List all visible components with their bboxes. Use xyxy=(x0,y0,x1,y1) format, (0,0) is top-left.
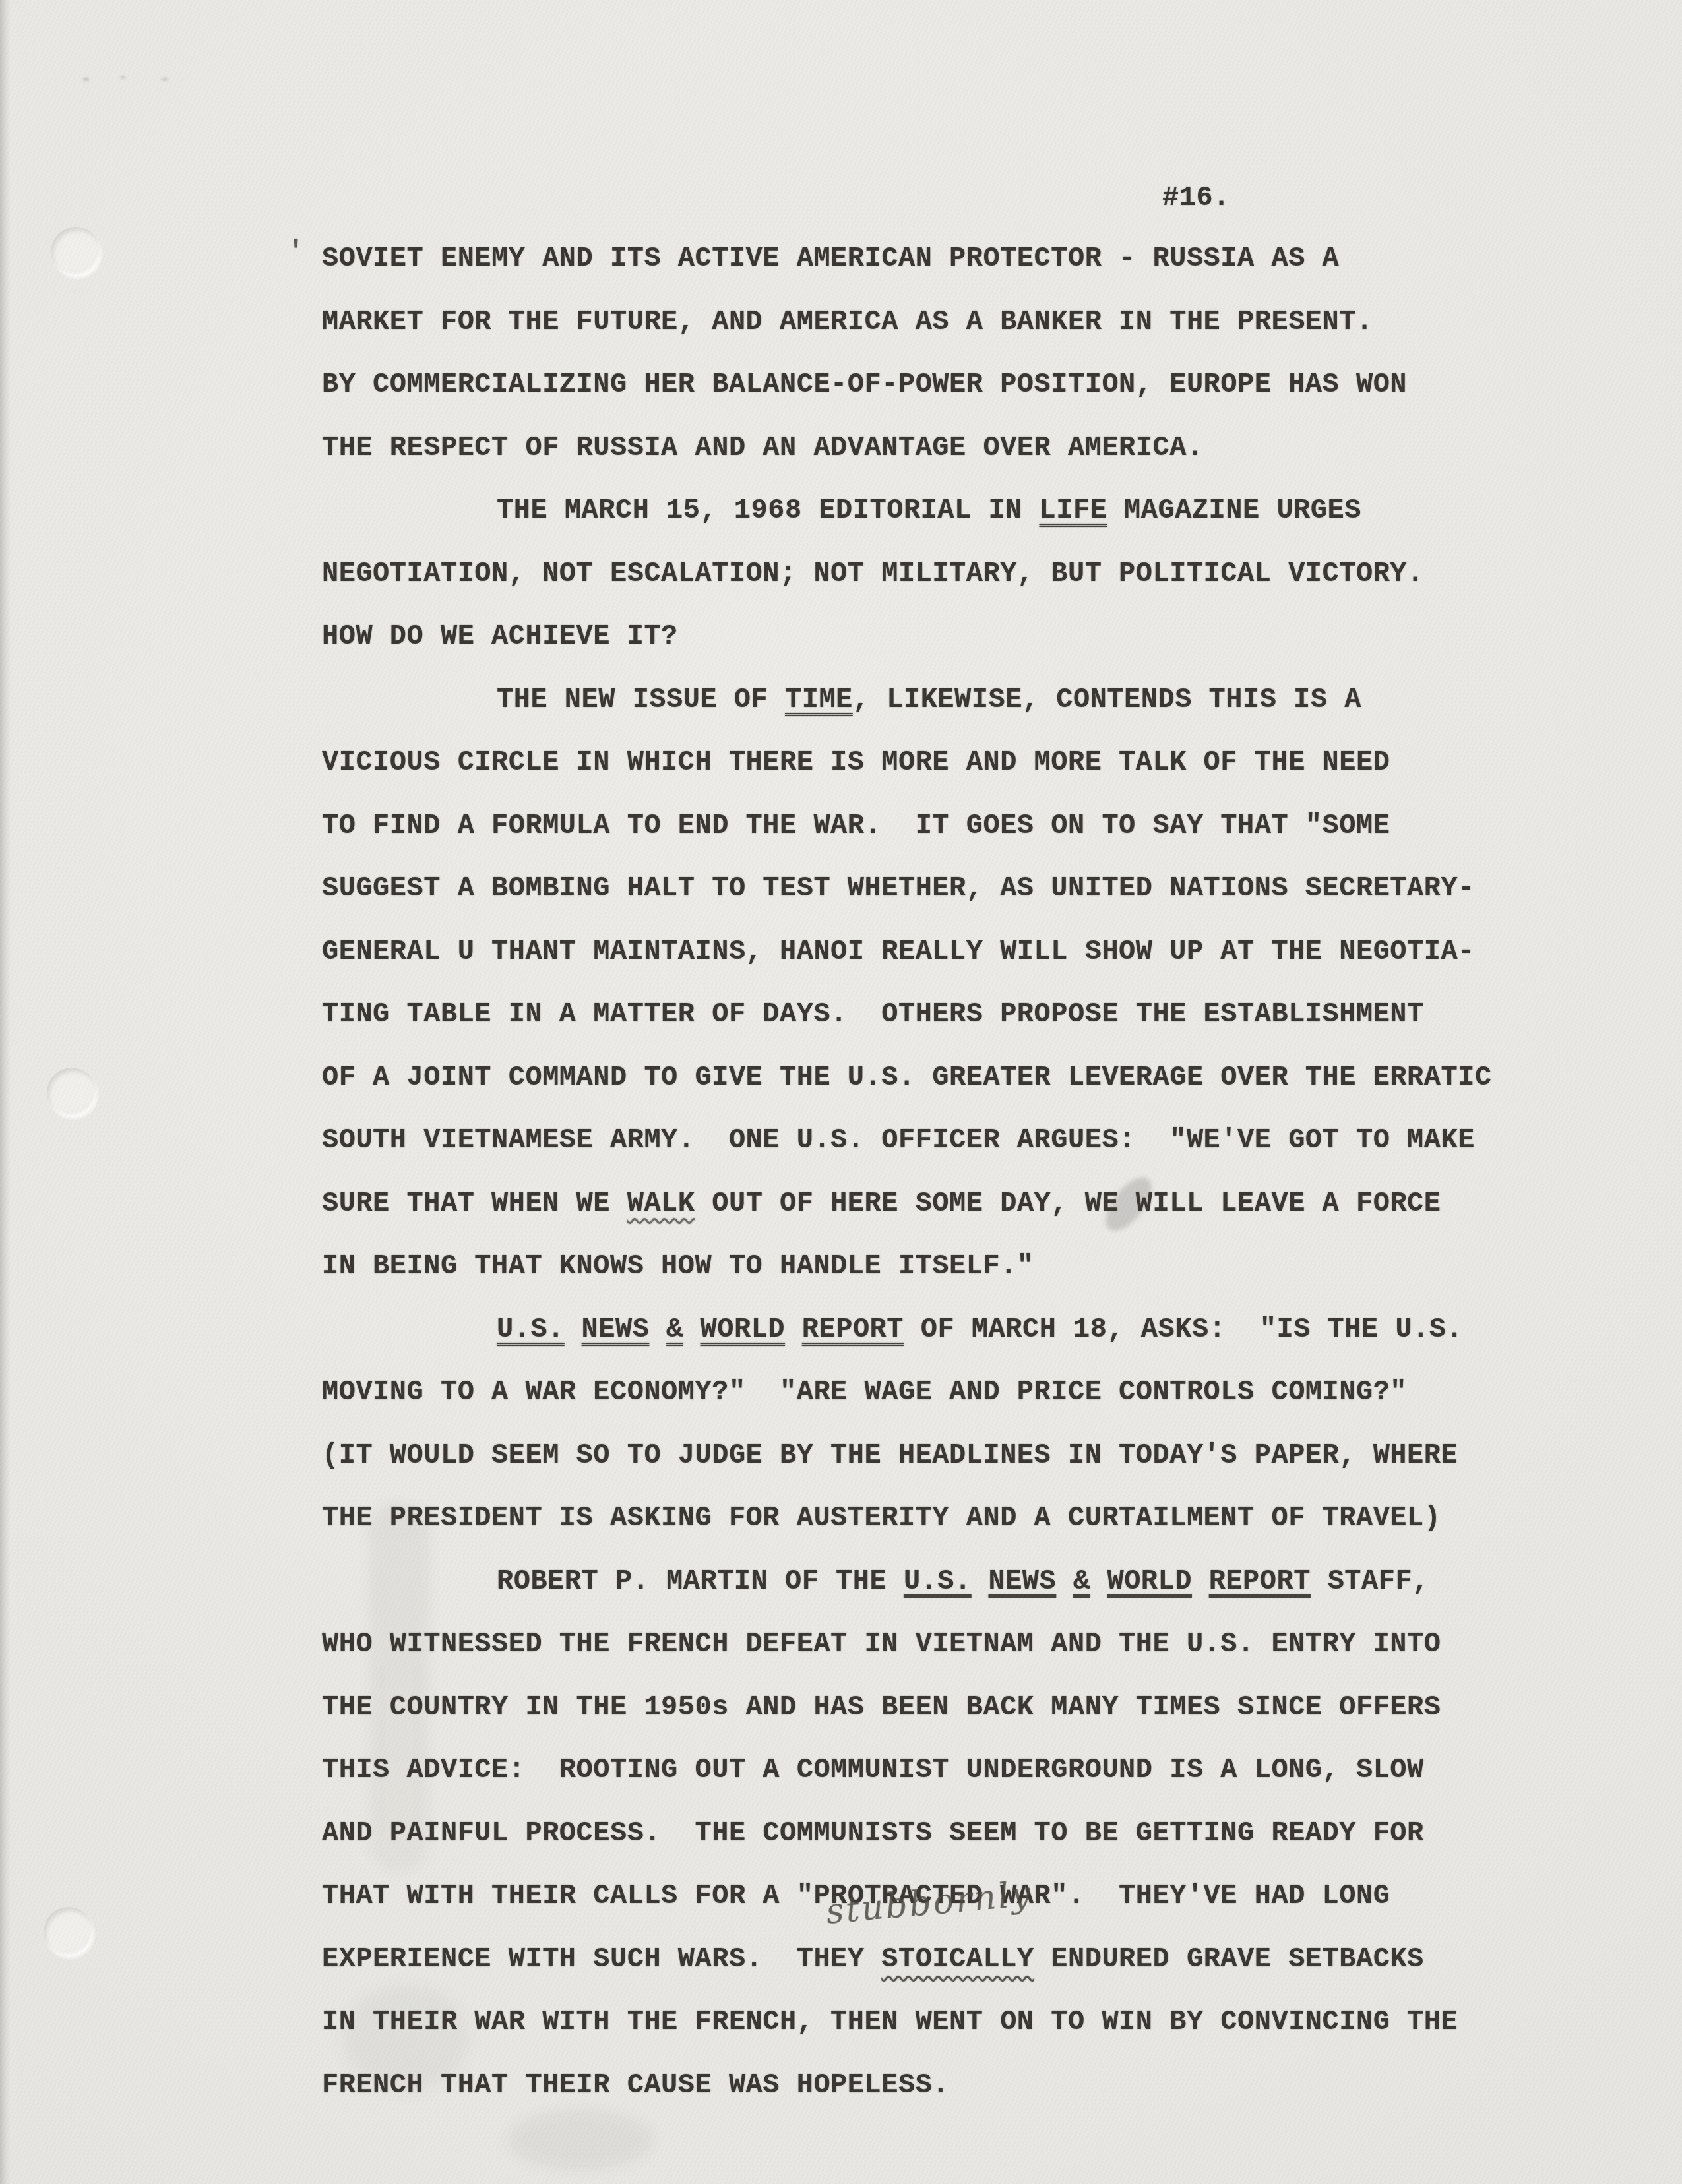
emphasized-text: NEWS xyxy=(582,1314,650,1345)
text-segment: THIS ADVICE: ROOTING OUT A COMMUNIST UND… xyxy=(322,1754,1424,1786)
text-segment: MARKET FOR THE FUTURE, AND AMERICA AS A … xyxy=(322,306,1373,338)
emphasized-text: WORLD xyxy=(1107,1565,1192,1597)
text-line: THE PRESIDENT IS ASKING FOR AUSTERITY AN… xyxy=(322,1502,1441,1534)
emphasized-text: WORLD xyxy=(701,1314,786,1345)
text-segment: TING TABLE IN A MATTER OF DAYS. OTHERS P… xyxy=(322,998,1424,1030)
text-segment xyxy=(1192,1565,1209,1597)
text-segment: ROBERT P. MARTIN OF THE xyxy=(497,1565,904,1597)
text-line: IN BEING THAT KNOWS HOW TO HANDLE ITSELF… xyxy=(322,1250,1034,1282)
text-segment: NEGOTIATION, NOT ESCALATION; NOT MILITAR… xyxy=(322,558,1424,590)
text-line: ROBERT P. MARTIN OF THE U.S. NEWS & WORL… xyxy=(322,1565,1429,1597)
text-segment xyxy=(1090,1565,1107,1597)
text-segment xyxy=(565,1314,582,1345)
punch-hole-middle xyxy=(47,1068,97,1118)
text-line: THE MARCH 15, 1968 EDITORIAL IN LIFE MAG… xyxy=(322,495,1361,526)
text-segment: THE COUNTRY IN THE 1950s AND HAS BEEN BA… xyxy=(322,1691,1441,1723)
smudge xyxy=(508,2110,653,2169)
text-segment: , LIKEWISE, CONTENDS THIS IS A xyxy=(853,684,1361,715)
text-segment xyxy=(972,1565,989,1597)
emphasized-text: TIME xyxy=(785,684,853,715)
text-segment xyxy=(649,1314,666,1345)
text-segment: OF A JOINT COMMAND TO GIVE THE U.S. GREA… xyxy=(322,1062,1492,1093)
text-line: THE COUNTRY IN THE 1950s AND HAS BEEN BA… xyxy=(322,1691,1441,1723)
emphasized-text: WALK xyxy=(627,1188,695,1219)
text-line: GENERAL U THANT MAINTAINS, HANOI REALLY … xyxy=(322,936,1475,967)
emphasized-text: U.S. xyxy=(904,1565,972,1597)
text-segment: (IT WOULD SEEM SO TO JUDGE BY THE HEADLI… xyxy=(322,1440,1458,1471)
text-line: (IT WOULD SEEM SO TO JUDGE BY THE HEADLI… xyxy=(322,1440,1458,1471)
text-segment: IN THEIR WAR WITH THE FRENCH, THEN WENT … xyxy=(322,2006,1458,2038)
text-line: TO FIND A FORMULA TO END THE WAR. IT GOE… xyxy=(322,810,1390,841)
text-line: MOVING TO A WAR ECONOMY?" "ARE WAGE AND … xyxy=(322,1376,1407,1408)
staple-marks xyxy=(69,69,181,88)
text-line: U.S. NEWS & WORLD REPORT OF MARCH 18, AS… xyxy=(322,1314,1463,1345)
emphasized-text: LIFE xyxy=(1040,495,1107,526)
text-segment: BY COMMERCIALIZING HER BALANCE-OF-POWER … xyxy=(322,369,1407,400)
text-segment: TO FIND A FORMULA TO END THE WAR. IT GOE… xyxy=(322,810,1390,841)
text-segment: THE MARCH 15, 1968 EDITORIAL IN xyxy=(497,495,1040,526)
text-segment xyxy=(785,1314,802,1345)
emphasized-text: U.S. xyxy=(497,1314,565,1345)
text-segment xyxy=(683,1314,701,1345)
text-line: TING TABLE IN A MATTER OF DAYS. OTHERS P… xyxy=(322,998,1424,1030)
text-line: EXPERIENCE WITH SUCH WARS. THEY STOICALL… xyxy=(322,1943,1424,1975)
emphasized-text: STOICALLY xyxy=(881,1943,1034,1975)
emphasized-text: NEWS xyxy=(988,1565,1056,1597)
text-segment: THE RESPECT OF RUSSIA AND AN ADVANTAGE O… xyxy=(322,432,1204,464)
text-segment: STAFF, xyxy=(1311,1565,1429,1597)
page-number: #16. xyxy=(1162,182,1230,214)
text-segment: OUT OF HERE SOME DAY, WE WILL LEAVE A FO… xyxy=(695,1188,1441,1219)
text-segment: ENDURED GRAVE SETBACKS xyxy=(1034,1943,1424,1975)
text-line: THE NEW ISSUE OF TIME, LIKEWISE, CONTEND… xyxy=(322,684,1361,715)
text-line: IN THEIR WAR WITH THE FRENCH, THEN WENT … xyxy=(322,2006,1458,2038)
text-segment: SOUTH VIETNAMESE ARMY. ONE U.S. OFFICER … xyxy=(322,1124,1475,1156)
text-segment: HOW DO WE ACHIEVE IT? xyxy=(322,621,678,652)
text-line: SOVIET ENEMY AND ITS ACTIVE AMERICAN PRO… xyxy=(322,243,1339,274)
text-segment: THE NEW ISSUE OF xyxy=(497,684,785,715)
text-segment: SUGGEST A BOMBING HALT TO TEST WHETHER, … xyxy=(322,872,1475,904)
text-segment: VICIOUS CIRCLE IN WHICH THERE IS MORE AN… xyxy=(322,746,1390,778)
text-segment: EXPERIENCE WITH SUCH WARS. THEY xyxy=(322,1943,881,1975)
text-segment: GENERAL U THANT MAINTAINS, HANOI REALLY … xyxy=(322,936,1475,967)
text-segment xyxy=(1056,1565,1073,1597)
emphasized-text: REPORT xyxy=(802,1314,904,1345)
text-segment: IN BEING THAT KNOWS HOW TO HANDLE ITSELF… xyxy=(322,1250,1034,1282)
text-segment: SOVIET ENEMY AND ITS ACTIVE AMERICAN PRO… xyxy=(322,243,1339,274)
text-segment: WHO WITNESSED THE FRENCH DEFEAT IN VIETN… xyxy=(322,1628,1441,1660)
text-segment: THE PRESIDENT IS ASKING FOR AUSTERITY AN… xyxy=(322,1502,1441,1534)
text-segment: OF MARCH 18, ASKS: "IS THE U.S. xyxy=(904,1314,1463,1345)
text-line: THIS ADVICE: ROOTING OUT A COMMUNIST UND… xyxy=(322,1754,1424,1786)
emphasized-text: & xyxy=(666,1314,683,1345)
stray-typed-mark: ' xyxy=(288,236,305,268)
text-line: SUGGEST A BOMBING HALT TO TEST WHETHER, … xyxy=(322,872,1475,904)
emphasized-text: REPORT xyxy=(1209,1565,1311,1597)
text-line: SURE THAT WHEN WE WALK OUT OF HERE SOME … xyxy=(322,1188,1441,1219)
text-line: HOW DO WE ACHIEVE IT? xyxy=(322,621,678,652)
scan-left-edge xyxy=(0,0,11,2184)
text-line: AND PAINFUL PROCESS. THE COMMUNISTS SEEM… xyxy=(322,1817,1424,1849)
text-line: OF A JOINT COMMAND TO GIVE THE U.S. GREA… xyxy=(322,1062,1492,1093)
text-line: VICIOUS CIRCLE IN WHICH THERE IS MORE AN… xyxy=(322,746,1390,778)
text-segment: MAGAZINE URGES xyxy=(1107,495,1361,526)
emphasized-text: & xyxy=(1073,1565,1090,1597)
text-segment: AND PAINFUL PROCESS. THE COMMUNISTS SEEM… xyxy=(322,1817,1424,1849)
text-segment: MOVING TO A WAR ECONOMY?" "ARE WAGE AND … xyxy=(322,1376,1407,1408)
text-segment: SURE THAT WHEN WE xyxy=(322,1188,627,1219)
text-line: WHO WITNESSED THE FRENCH DEFEAT IN VIETN… xyxy=(322,1628,1441,1660)
punch-hole-top xyxy=(51,227,101,277)
text-line: BY COMMERCIALIZING HER BALANCE-OF-POWER … xyxy=(322,369,1407,400)
text-segment: FRENCH THAT THEIR CAUSE WAS HOPELESS. xyxy=(322,2069,949,2101)
punch-hole-bottom xyxy=(44,1907,94,1957)
text-line: NEGOTIATION, NOT ESCALATION; NOT MILITAR… xyxy=(322,558,1424,590)
text-line: FRENCH THAT THEIR CAUSE WAS HOPELESS. xyxy=(322,2069,949,2101)
text-line: SOUTH VIETNAMESE ARMY. ONE U.S. OFFICER … xyxy=(322,1124,1475,1156)
text-line: MARKET FOR THE FUTURE, AND AMERICA AS A … xyxy=(322,306,1373,338)
text-line: THE RESPECT OF RUSSIA AND AN ADVANTAGE O… xyxy=(322,432,1204,464)
typewritten-page: #16. ' SOVIET ENEMY AND ITS ACTIVE AMERI… xyxy=(0,0,1682,2184)
